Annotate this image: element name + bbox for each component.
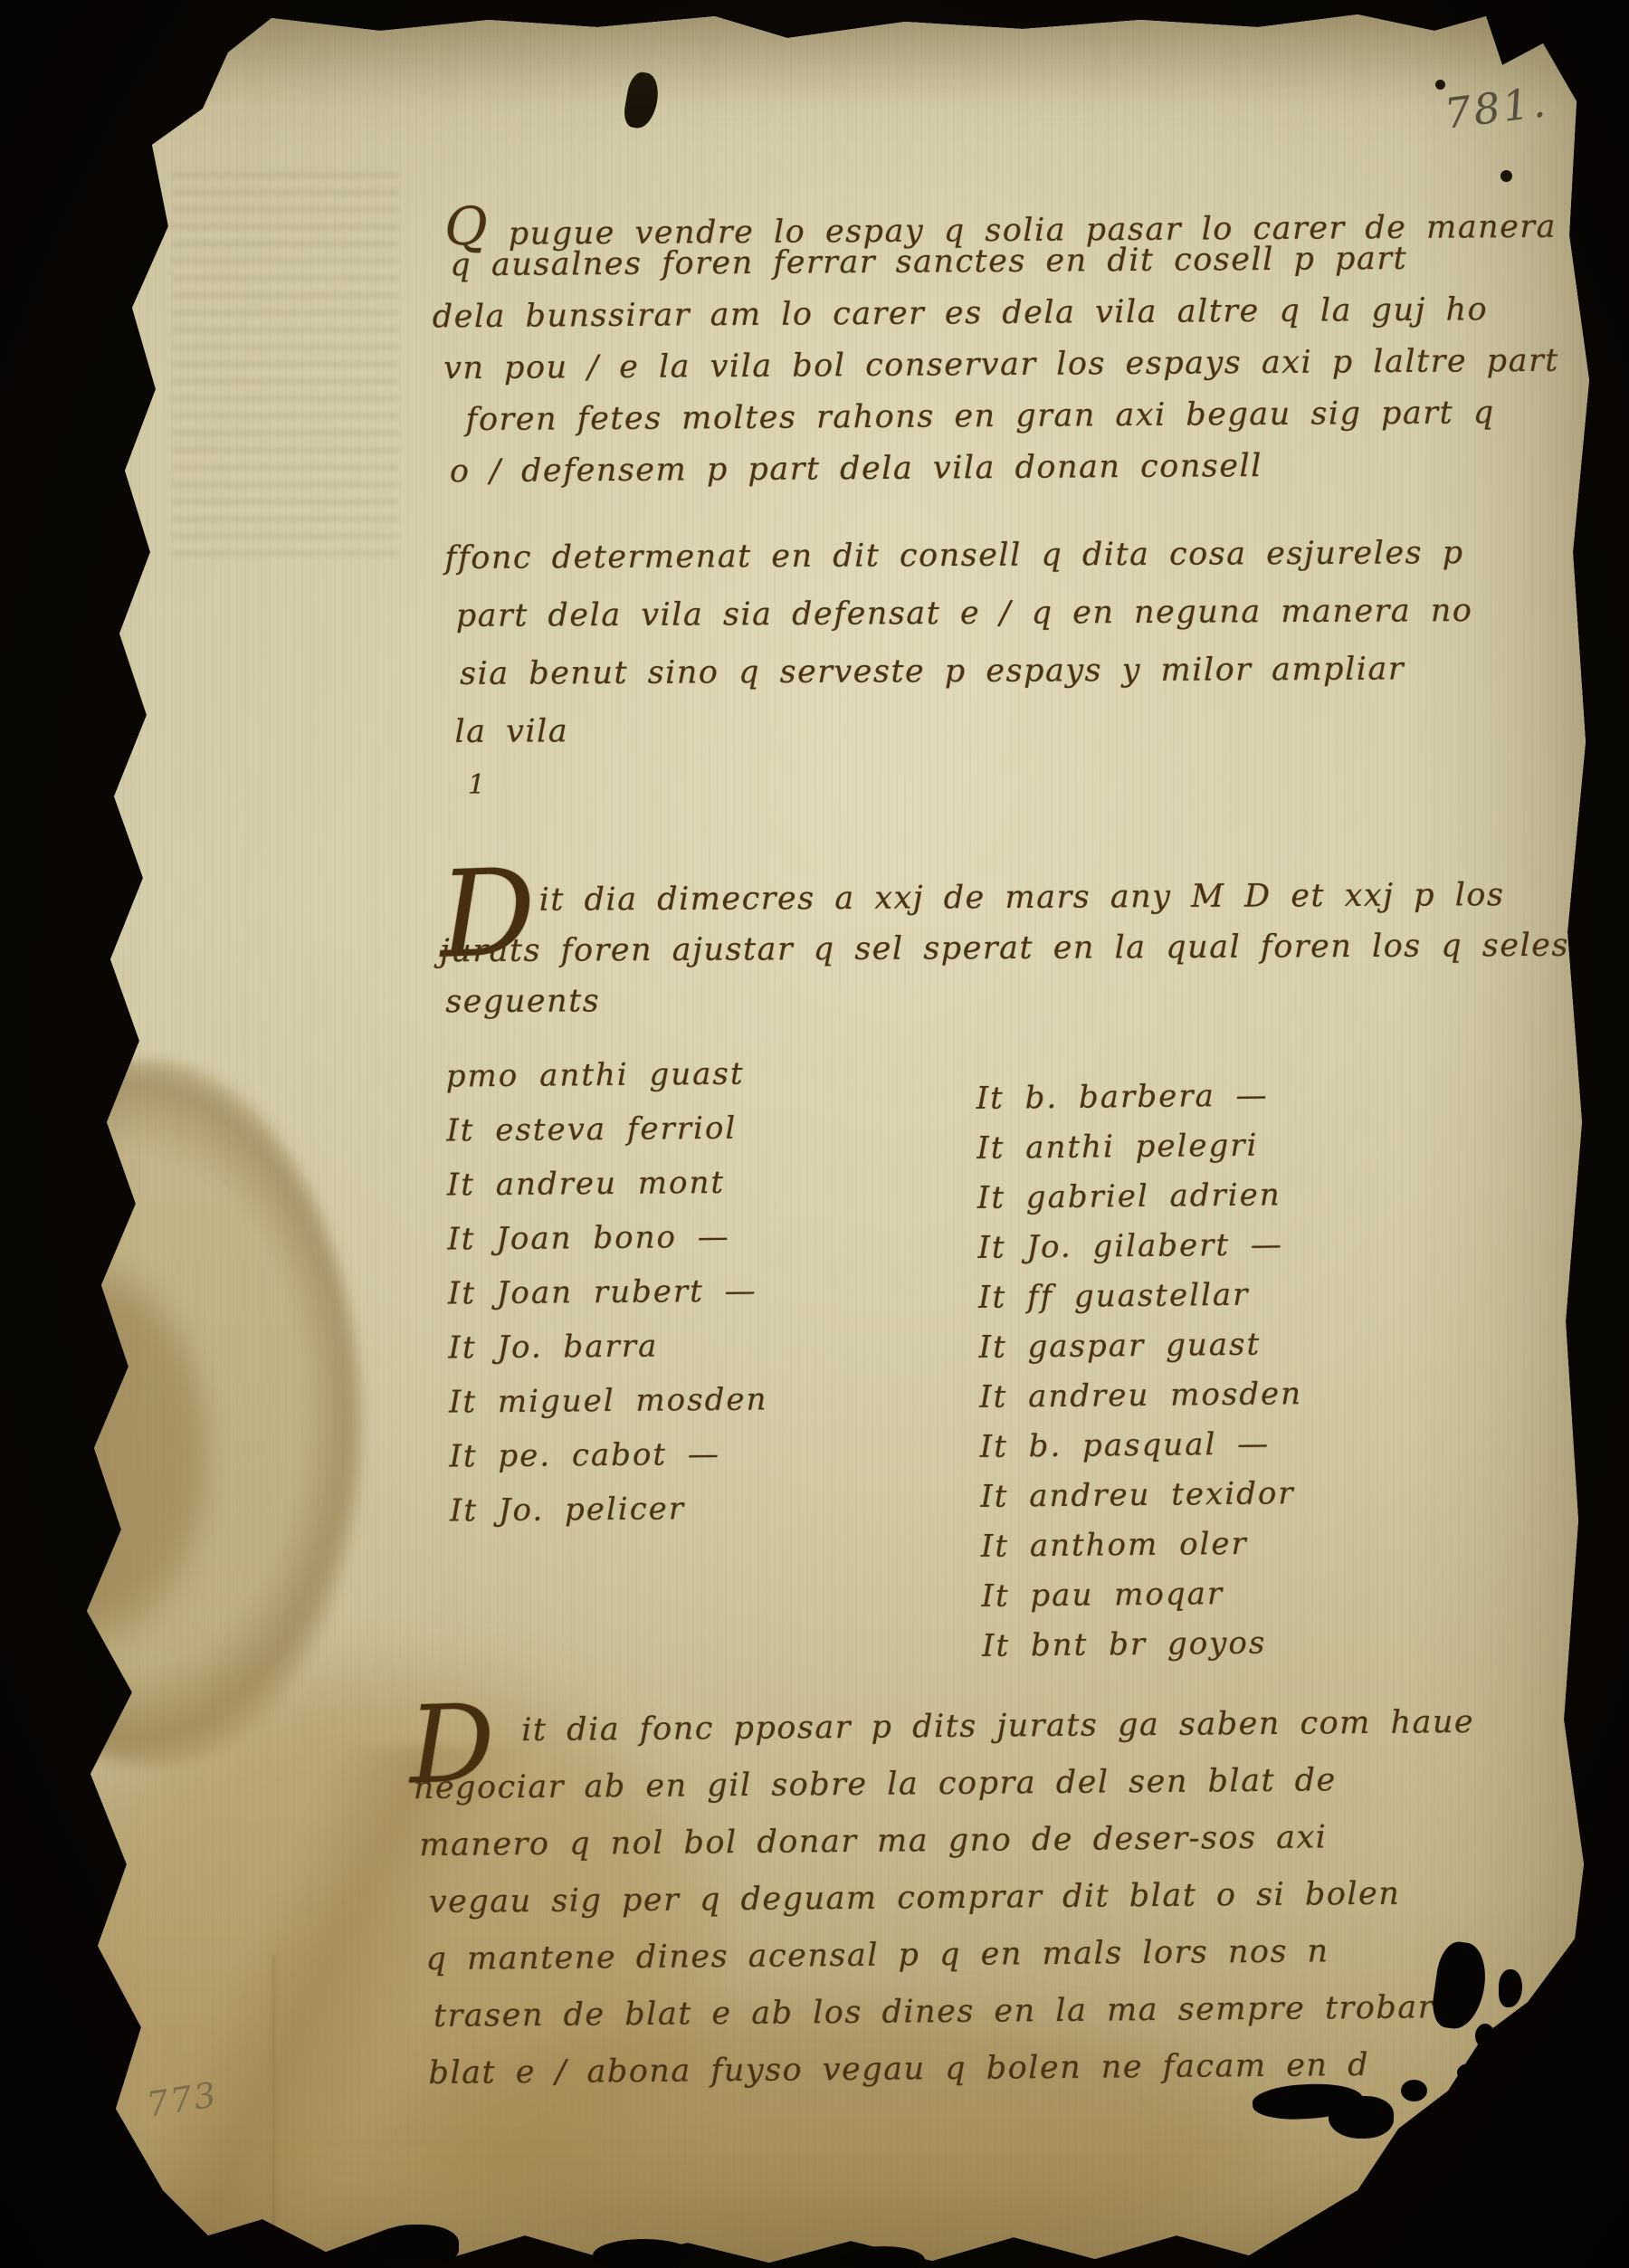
text-line: seguents (445, 978, 1569, 1035)
attendee-item: It andreu mosden (979, 1376, 1302, 1429)
attendee-item: It pau moqar (981, 1575, 1304, 1628)
attendee-item: It Joan bono — (447, 1218, 767, 1275)
text-line: q mantene dines acensal p q en mals lors… (425, 1932, 1476, 1998)
text-line: ffonc determenat en dit consell q dita c… (444, 535, 1472, 598)
paragraph-4: it dia fonc pposar p dits jurats ga sabe… (416, 1704, 1478, 2112)
text-line: dela bunssirar am lo carer es dela vila … (433, 291, 1559, 351)
fold-crease (271, 1955, 276, 2268)
attendee-list-left-column: pmo anthi guast It esteva ferriol It and… (446, 1055, 769, 1547)
ink-speck (1435, 80, 1445, 90)
folio-number: 781. (1442, 77, 1550, 138)
text-line: part dela vila sia defensat e / q en neg… (456, 593, 1473, 656)
attendee-item: It esteva ferriol (446, 1110, 766, 1167)
attendee-item: It Jo. pelicer (450, 1490, 769, 1547)
water-stain-left (0, 1059, 362, 1765)
verso-show-through (172, 172, 398, 561)
attendee-item: It gabriel adrien (977, 1177, 1300, 1230)
archival-pencil-number: 773 (144, 2074, 220, 2125)
paragraph-3-date-heading: it dia dimecres a xxj de mars any M D et… (445, 877, 1570, 1035)
edge-shadow-top (0, 0, 1629, 109)
photograph-backdrop: 781. Q pugue vendre lo espay q solia pas… (0, 0, 1629, 2268)
attendee-item: It Jo. gilabert — (977, 1226, 1300, 1280)
text-line: la vila (454, 709, 1473, 772)
text-line: blat e / abona fuyso vegau q bolen ne fa… (428, 2046, 1477, 2112)
attendee-item: It andreu mont (447, 1164, 767, 1221)
attendee-item: It Jo. barra (448, 1327, 767, 1384)
text-line: q ausalnes foren ferrar sanctes en dit c… (450, 240, 1558, 300)
attendee-item: It gaspar guast (978, 1326, 1301, 1379)
ink-speck (1500, 170, 1512, 182)
attendee-item: It b. barbera — (976, 1077, 1300, 1130)
paragraph-2: ffonc determenat en dit consell q dita c… (444, 535, 1473, 772)
text-line: vn pou / e la vila bol conservar los esp… (443, 343, 1559, 403)
attendee-list-right-column: It b. barbera — It anthi pelegri It gabr… (976, 1077, 1306, 1678)
attendee-item: It anthi pelegri (976, 1127, 1300, 1180)
ink-blot (622, 71, 662, 131)
attendee-item: It pe. cabot — (449, 1435, 768, 1492)
water-stain-left-core (0, 1258, 217, 1647)
text-line: o / defensem p part dela vila donan cons… (450, 446, 1560, 506)
manuscript-page: 781. Q pugue vendre lo espay q solia pas… (0, 0, 1629, 2268)
text-line: manero q nol bol donar ma gno de deser-s… (419, 1818, 1475, 1884)
text-line: trasen de blat e ab los dines en la ma s… (433, 1989, 1477, 2055)
attendee-item: It ff guastellar (978, 1276, 1301, 1329)
paragraph-1: Q pugue vendre lo espay q solia pasar lo… (444, 188, 1560, 506)
attendee-item: It andreu texidor (980, 1475, 1303, 1529)
attendee-item: It Joan rubert — (448, 1272, 767, 1329)
attendee-item: It bnt br goyos (982, 1625, 1305, 1678)
text-line: foren fetes moltes rahons en gran axi be… (465, 395, 1559, 453)
text-line: it dia dimecres a xxj de mars any M D et… (445, 877, 1569, 934)
attendee-item: pmo anthi guast (446, 1055, 766, 1112)
text-line: vegau sig per q deguam comprar dit blat … (429, 1875, 1476, 1941)
attendee-item: It anthom oler (981, 1525, 1304, 1578)
text-line: jurats foren ajustar q sel sperat en la … (440, 928, 1569, 985)
attendee-item: It b. pasqual — (980, 1425, 1303, 1479)
text-line: it dia fonc pposar p dits jurats ga sabe… (416, 1704, 1474, 1770)
text-line: negociar ab en gil sobre la copra del se… (414, 1761, 1475, 1827)
paragraph-mark: 1 (468, 769, 485, 801)
text-line: sia benut sino q serveste p espays y mil… (460, 651, 1473, 714)
attendee-item: It miguel mosden (449, 1381, 768, 1438)
text-line: Q pugue vendre lo espay q solia pasar lo… (444, 188, 1558, 248)
